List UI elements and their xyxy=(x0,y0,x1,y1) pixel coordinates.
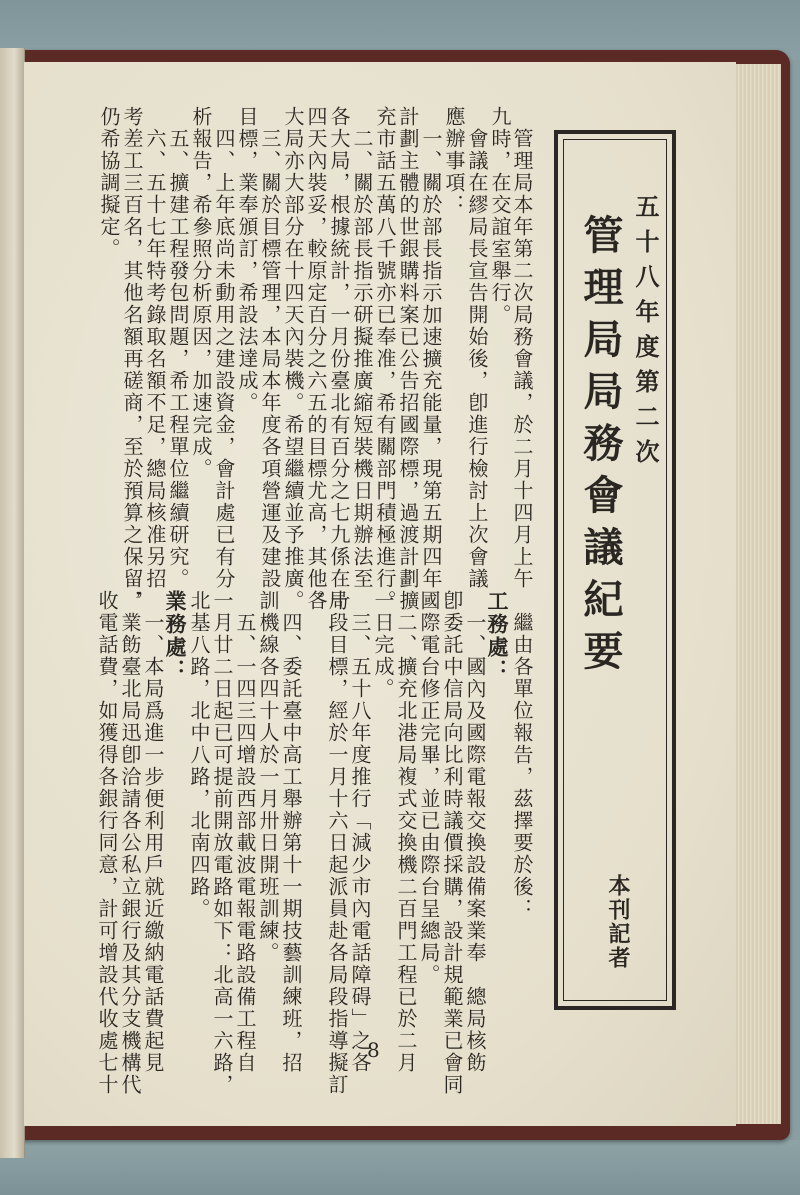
text-column: 充市話五萬八千號亦已奉准，希有關部門積極進行。 xyxy=(373,106,395,612)
background-bottom xyxy=(0,1140,800,1195)
text-column: 析報告，希參照分析原因，加速完成。 xyxy=(189,106,211,480)
text-column: 訓機線各四十人於一月卅日開班訓練。 xyxy=(256,590,278,964)
text-column: 四天內裝妥，較原定百分之六五的目標尤高，其他各 xyxy=(304,106,326,612)
left-page-edge xyxy=(0,48,25,1158)
text-column: 收電話費，如獲得各銀行同意，計可增設代收處七十 xyxy=(95,590,117,1096)
article-title: 管理局局務會議紀要 xyxy=(572,214,629,682)
text-column: 局段目標，經於一月十六日起派員赴各局段指導擬訂 xyxy=(325,590,347,1096)
text-column: 一、本局爲進一步便利用戶就近繳納電話費起見 xyxy=(141,590,163,1074)
text-column: 四、上年底尚未動用之建設資金，會計處已有分 xyxy=(212,106,234,590)
text-column: 各大局，根據統計，一月份臺北有百分之七九係在十 xyxy=(327,106,349,612)
text-column: 九時，在交誼室舉行。 xyxy=(488,106,510,326)
text-column: 應辦事項： xyxy=(442,106,464,216)
text-column: 管理局本年第二次局務會議，於二月十四月上午 xyxy=(510,106,532,590)
text-column: 卽委託中信局向比利時議價採購，設計規範業已會同 xyxy=(440,590,462,1096)
section-heading-engineering: 工務處： xyxy=(486,590,508,682)
text-column: 計劃主體的世銀購料案已公告招國際標，過渡計劃擴 xyxy=(396,106,418,612)
reports-intro: 繼由各單位報告，茲擇要於後： xyxy=(510,590,532,920)
text-column: 五、擴建工程發包問題，希工程單位繼續研究。 xyxy=(166,106,188,590)
article-byline: 本刊記者 xyxy=(603,874,634,970)
text-column: 大局亦大部分在十四天內裝機。希望繼續並予推廣。 xyxy=(281,106,303,612)
text-column: 三、關於目標管理，本局本年度各項營運及建設 xyxy=(258,106,280,590)
text-column: 國際電台修正完畢，並已由際台呈總局。 xyxy=(417,590,439,986)
text-column: 仍希協調擬定。 xyxy=(97,106,119,260)
text-column: 一、關於部長指示加速擴充能量，現第五期四年 xyxy=(419,106,441,590)
text-column: 目標，業奉頒訂，希設法達成。 xyxy=(235,106,257,414)
text-column: 考差工三百名，其他名額再磋商，至於預算之保留， xyxy=(120,106,142,612)
book-page: 五十八年度第二次 管理局局務會議紀要 本刊記者 管理局本年第二次局務會議，於二月… xyxy=(24,62,736,1126)
text-column: ，業飭臺北局迅卽洽請各公私立銀行及其分支機構代 xyxy=(118,590,140,1096)
section-heading-business: 業務處： xyxy=(164,590,186,682)
text-column: 六、五十七年特考錄取名額不足，總局核准另招 xyxy=(143,106,165,590)
text-column: 四、委託臺中高工舉辦第十一期技藝訓練班，招 xyxy=(279,590,301,1074)
title-frame: 五十八年度第二次 管理局局務會議紀要 本刊記者 xyxy=(554,130,676,1010)
text-column: 二、關於部長指示研擬推廣縮短裝機日期辦法至 xyxy=(350,106,372,590)
text-column: 一月廿二日起已可提前開放電路如下：北高一六路， xyxy=(210,590,232,1096)
text-column: 北基八路，北中八路，北南四路。 xyxy=(187,590,209,920)
text-column: 三、五十八年度推行「減少市內電話障碍」之各 xyxy=(348,590,370,1074)
text-column: 。 xyxy=(302,590,324,612)
text-column: 五、一四三四增設西部載波電報電路設備工程自 xyxy=(233,590,255,1074)
text-column: 會議在繆局長宣告開始後，卽進行檢討上次會議 xyxy=(465,106,487,590)
text-column: 一、國內及國際電報交換設備案業奉 總局核飭 xyxy=(463,590,485,1074)
page-number: 8 xyxy=(367,1038,380,1062)
text-column: 一日完成。 xyxy=(371,590,393,700)
text-column: 二、擴充北港局複式交換機二百門工程已於二月 xyxy=(394,590,416,1074)
article-subtitle: 五十八年度第二次 xyxy=(628,194,663,474)
